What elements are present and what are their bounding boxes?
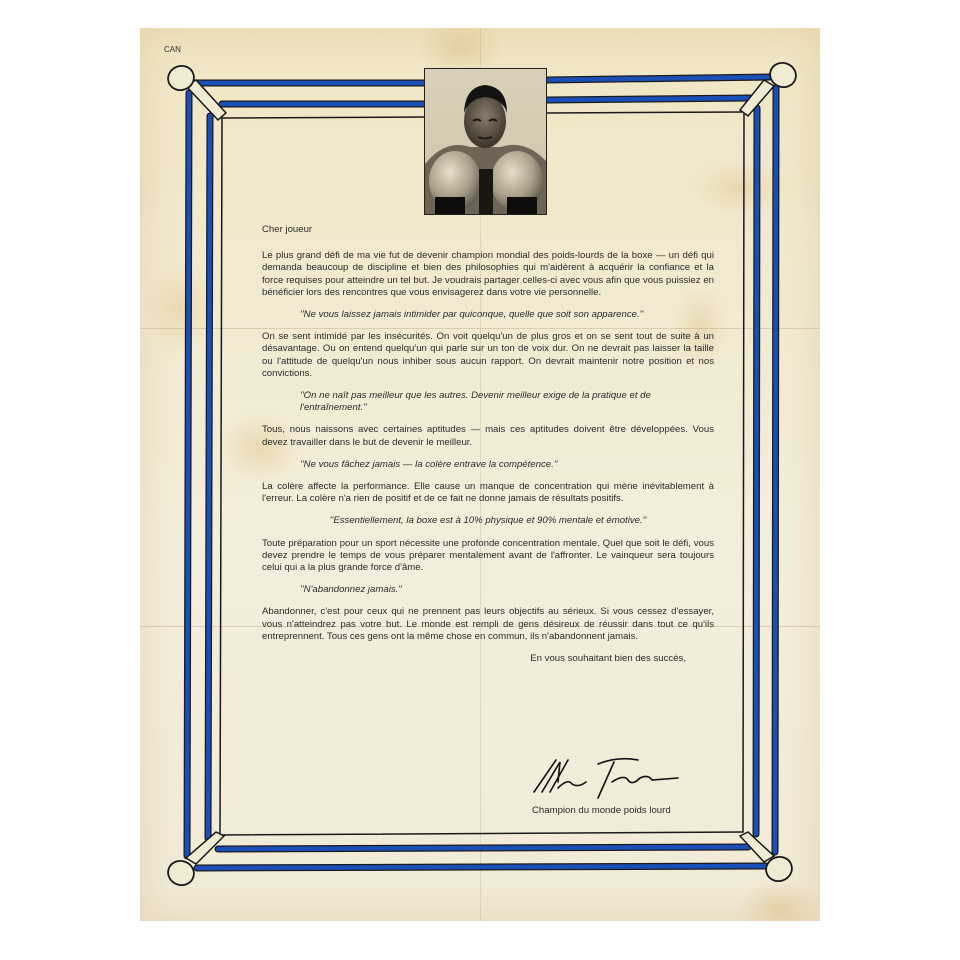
paragraph: La colère affecte la performance. Elle c… xyxy=(262,481,714,505)
signature xyxy=(528,752,688,802)
paragraph: Abandonner, c'est pour ceux qui ne prenn… xyxy=(262,606,714,643)
greeting: Cher joueur xyxy=(262,224,714,236)
quote: ''Essentiellement, la boxe est à 10% phy… xyxy=(262,515,714,527)
paragraph: Tous, nous naissons avec certaines aptit… xyxy=(262,424,714,448)
quote: ''N'abandonnez jamais.'' xyxy=(262,584,714,596)
signature-title: Champion du monde poids lourd xyxy=(532,805,671,816)
paragraph: Le plus grand défi de ma vie fut de deve… xyxy=(262,250,714,299)
closing-line: En vous souhaitant bien des succès, xyxy=(262,653,714,665)
quote: ''On ne naît pas meilleur que les autres… xyxy=(262,390,714,414)
quote: ''Ne vous fâchez jamais — la colère entr… xyxy=(262,459,714,471)
boxer-photo xyxy=(424,68,547,215)
letter-body: Cher joueur Le plus grand défi de ma vie… xyxy=(262,224,714,675)
quote: ''Ne vous laissez jamais intimider par q… xyxy=(262,309,714,321)
paragraph: Toute préparation pour un sport nécessit… xyxy=(262,538,714,575)
paragraph: On se sent intimidé par les insécurités.… xyxy=(262,331,714,380)
